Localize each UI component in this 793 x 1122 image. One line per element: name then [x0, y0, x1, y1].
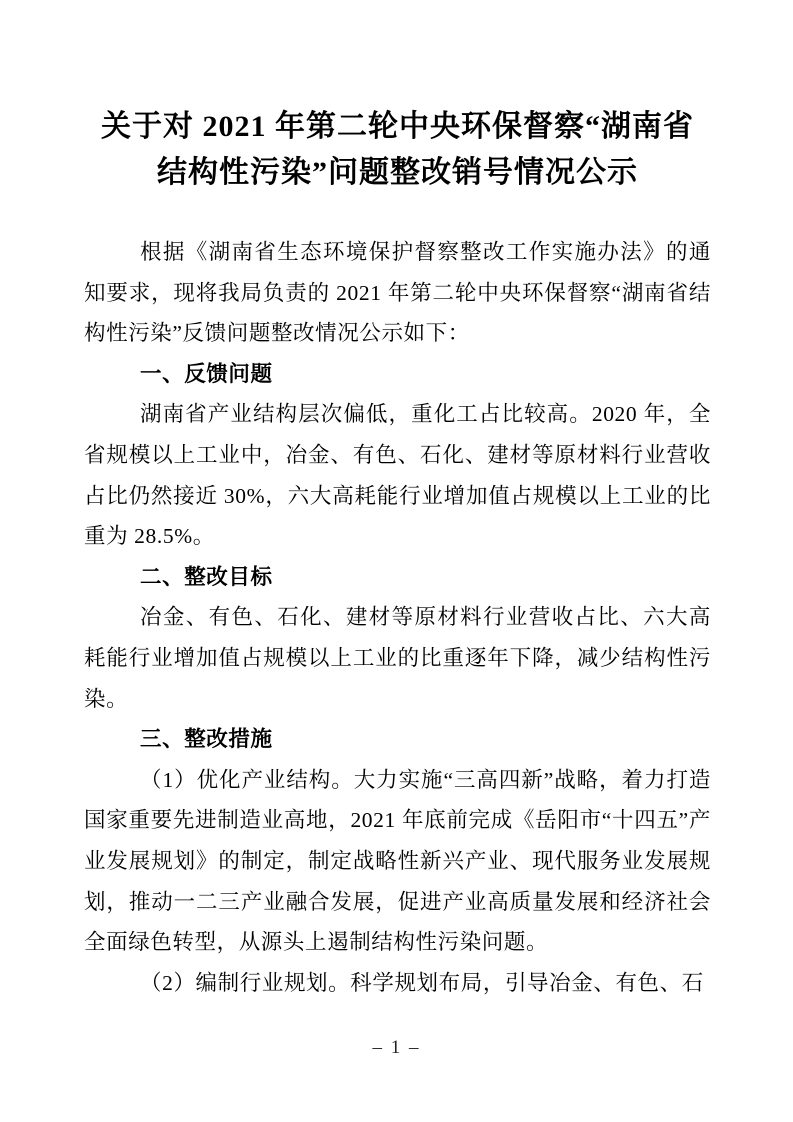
- rectification-goal-paragraph: 冶金、有色、石化、建材等原材料行业营收占比、六大高耗能行业增加值占规模以上工业的…: [84, 597, 711, 719]
- intro-paragraph: 根据《湖南省生态环境保护督察整改工作实施办法》的通知要求，现将我局负责的 202…: [84, 232, 711, 354]
- page-number: – 1 –: [0, 1034, 793, 1062]
- document-title-line-1: 关于对 2021 年第二轮中央环保督察“湖南省: [84, 104, 711, 150]
- section-heading-rectification-measures: 三、整改措施: [84, 719, 711, 760]
- section-heading-rectification-goal: 二、整改目标: [84, 557, 711, 598]
- document-page: 关于对 2021 年第二轮中央环保督察“湖南省 结构性污染”问题整改销号情况公示…: [0, 0, 793, 1122]
- feedback-problem-paragraph: 湖南省产业结构层次偏低，重化工占比较高。2020 年，全省规模以上工业中，冶金、…: [84, 394, 711, 556]
- document-title: 关于对 2021 年第二轮中央环保督察“湖南省 结构性污染”问题整改销号情况公示: [84, 104, 711, 196]
- document-body: 根据《湖南省生态环境保护督察整改工作实施办法》的通知要求，现将我局负责的 202…: [84, 232, 711, 1003]
- section-heading-feedback-problem: 一、反馈问题: [84, 354, 711, 395]
- document-title-line-2: 结构性污染”问题整改销号情况公示: [84, 150, 711, 196]
- measure-2-paragraph: （2）编制行业规划。科学规划布局，引导冶金、有色、石: [84, 963, 711, 1004]
- document-content: 关于对 2021 年第二轮中央环保督察“湖南省 结构性污染”问题整改销号情况公示…: [84, 0, 711, 1003]
- measure-1-paragraph: （1）优化产业结构。大力实施“三高四新”战略，着力打造国家重要先进制造业高地，2…: [84, 760, 711, 963]
